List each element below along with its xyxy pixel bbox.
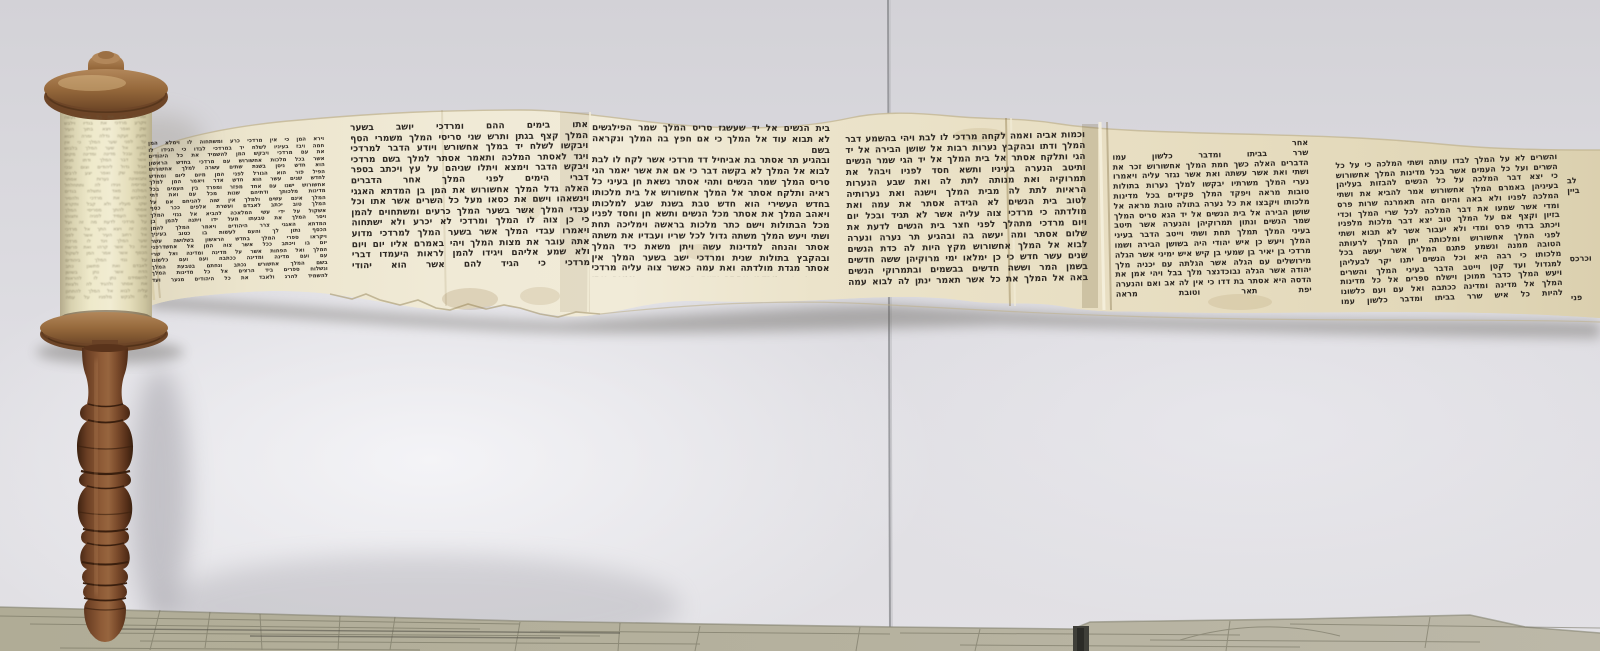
hebrew-text-column-4: וכמות אביה ואמה לקחה מרדכי לו לבת ויהי ב… <box>845 130 1088 291</box>
photo-frame: ומרדכי ידע את כל אשר נעשה ויקרע מרדכי את… <box>0 0 1600 651</box>
hebrew-text-column-3: בית הנשים אל יד שעשגז סריס המלך שמר הפיל… <box>591 123 830 277</box>
hebrew-text-column-5: אחר שרר בביתו ומדבר כלשון עמו הדברים האל… <box>1112 138 1312 302</box>
handle-highlight <box>95 360 97 595</box>
hebrew-text-column-7-partial: ביום השביעי כטוב לב המלך ביין אמר למהומן… <box>1566 155 1600 305</box>
rolled-parchment-verso-text: ומרדכי ידע את כל אשר נעשה ויקרע מרדכי את… <box>64 115 148 308</box>
roller-handle <box>77 340 133 642</box>
hebrew-text-column-2: אתו בימים ההם ומרדכי יושב בשער המלך קצף … <box>350 120 590 273</box>
roller-top-flange <box>44 69 168 120</box>
hebrew-text-column-6: והשרים לא על המלך לבדו עותה ושתי המלכה כ… <box>1335 152 1563 309</box>
scene-art <box>0 0 1600 651</box>
table-surface <box>0 607 1600 651</box>
cast-shadows <box>36 296 1600 651</box>
hebrew-text-column-1: וירא המן כי אין מרדכי כרע ומשתחוה לו וימ… <box>148 136 328 287</box>
